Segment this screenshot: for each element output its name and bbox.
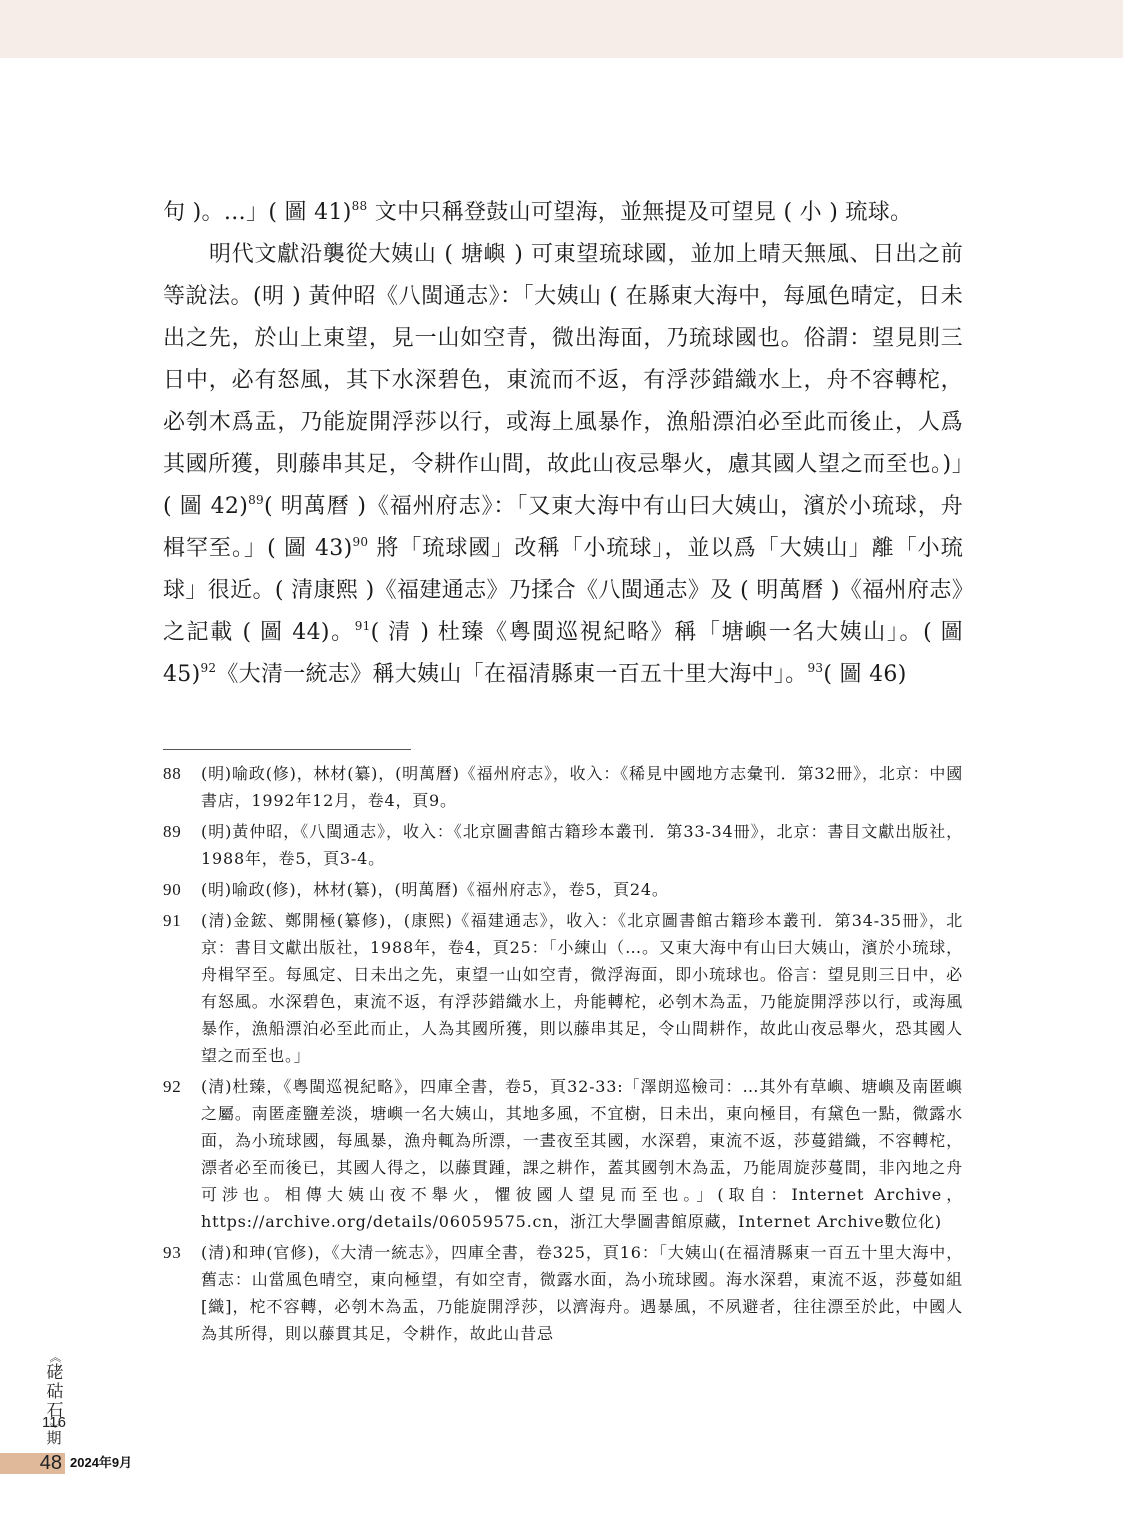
issue-date: 2024年9月	[70, 1454, 132, 1472]
body-text: 句 )。…」( 圖 41)88 文中只稱登鼓山可望海，並無提及可望見 ( 小 )…	[163, 192, 963, 696]
footnote-90: 90 (明)喻政(修)，林材(纂)，(明萬曆)《福州府志》，卷5，頁24。	[163, 876, 963, 903]
footnote-text: (清)杜臻，《粵閩巡視紀略》，四庫全書，卷5，頁32-33:「澤朗巡檢司：…其外…	[201, 1073, 963, 1235]
footnote-number: 93	[163, 1239, 201, 1347]
footnote-ref-88: 88	[352, 199, 368, 213]
footnote-ref-91: 91	[355, 619, 371, 633]
body-paragraph: 明代文獻沿襲從大姨山 ( 塘嶼 ) 可東望琉球國，並加上晴天無風、日出之前等說法…	[163, 234, 963, 696]
footnote-text: (明)黃仲昭，《八閩通志》，收入：《北京圖書館古籍珍本叢刊．第33-34冊》，北…	[201, 818, 963, 872]
footnote-text: (清)金鋐、鄭開極(纂修)，(康熙)《福建通志》，收入：《北京圖書館古籍珍本叢刊…	[201, 907, 963, 1069]
footnote-ref-93: 93	[807, 661, 823, 675]
footnote-number: 89	[163, 818, 201, 872]
footnote-number: 88	[163, 760, 201, 814]
issue-number: 116	[36, 1415, 72, 1431]
issue-suffix: 期	[36, 1431, 72, 1447]
footnotes: 88 (明)喻政(修)，林材(纂)，(明萬曆)《福州府志》，收入：《稀見中國地方…	[163, 760, 963, 1351]
body-paragraph: 句 )。…」( 圖 41)88 文中只稱登鼓山可望海，並無提及可望見 ( 小 )…	[163, 192, 963, 234]
footnote-ref-92: 92	[200, 661, 216, 675]
footnote-number: 92	[163, 1073, 201, 1235]
footnote-text: (清)和珅(官修)，《大清一統志》，四庫全書，卷325，頁16：「大姨山(在福清…	[201, 1239, 963, 1347]
footnote-text: (明)喻政(修)，林材(纂)，(明萬曆)《福州府志》，卷5，頁24。	[201, 876, 963, 903]
footnote-93: 93 (清)和珅(官修)，《大清一統志》，四庫全書，卷325，頁16：「大姨山(…	[163, 1239, 963, 1347]
page-number: 48	[0, 1450, 62, 1476]
footnote-89: 89 (明)黃仲昭，《八閩通志》，收入：《北京圖書館古籍珍本叢刊．第33-34冊…	[163, 818, 963, 872]
title-open-bracket: 《	[48, 1344, 62, 1370]
footnote-number: 91	[163, 907, 201, 1069]
footnote-separator	[163, 749, 411, 750]
footnote-number: 90	[163, 876, 201, 903]
footnote-92: 92 (清)杜臻，《粵閩巡視紀略》，四庫全書，卷5，頁32-33:「澤朗巡檢司：…	[163, 1073, 963, 1235]
footnote-ref-90: 90	[352, 535, 368, 549]
footnote-91: 91 (清)金鋐、鄭開極(纂修)，(康熙)《福建通志》，收入：《北京圖書館古籍珍…	[163, 907, 963, 1069]
issue-label: 116 期	[36, 1415, 72, 1447]
footnote-text: (明)喻政(修)，林材(纂)，(明萬曆)《福州府志》，收入：《稀見中國地方志彙刊…	[201, 760, 963, 814]
title-char: 𥑮	[42, 1383, 68, 1402]
footnote-ref-89: 89	[248, 493, 264, 507]
footnote-88: 88 (明)喻政(修)，林材(纂)，(明萬曆)《福州府志》，收入：《稀見中國地方…	[163, 760, 963, 814]
header-band	[0, 0, 1123, 58]
